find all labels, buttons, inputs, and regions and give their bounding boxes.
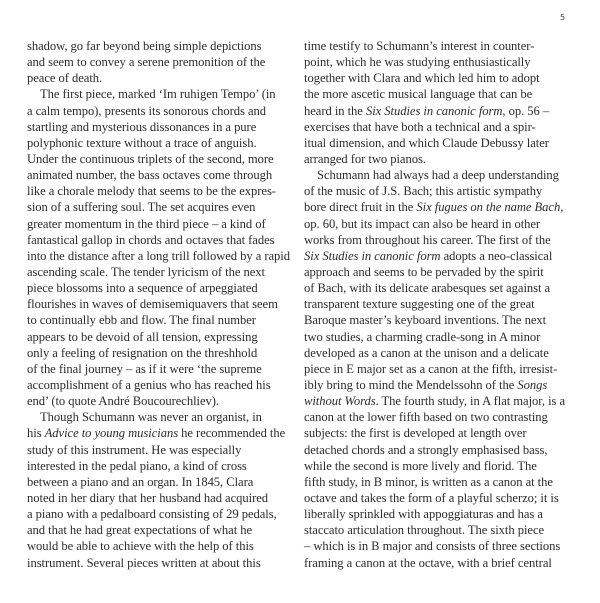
- text-line: animated number, the bass octaves come t…: [27, 167, 299, 183]
- text-line: exercises that have both a technical and…: [304, 119, 574, 135]
- text-line: shadow, go far beyond being simple depic…: [27, 38, 299, 54]
- text-line: Baroque master’s keyboard inventions. Th…: [304, 312, 574, 328]
- text-line: liberally sprinkled with appoggiaturas a…: [304, 506, 574, 522]
- text-line: flourishes in waves of demisemiquavers t…: [27, 296, 299, 312]
- text-line: transparent texture suggesting one of th…: [304, 296, 574, 312]
- text-line: polyphonic texture without a trace of an…: [27, 135, 299, 151]
- text-line: Six Studies in canonic form adopts a neo…: [304, 248, 574, 264]
- text-segment: ,: [560, 200, 563, 214]
- text-line: greater momentum in the third piece – a …: [27, 216, 299, 232]
- text-line: piece blossoms into a sequence of arpegg…: [27, 280, 299, 296]
- text-line: accomplishment of a genius who has reach…: [27, 377, 299, 393]
- text-line: staccato articulation throughout. The si…: [304, 522, 574, 538]
- text-line: two studies, a charming cradle-song in A…: [304, 329, 574, 345]
- text-line: canon at the lower fifth based on two co…: [304, 409, 574, 425]
- text-line: together with Clara and which led him to…: [304, 70, 574, 86]
- text-line: op. 60, but its impact can also be heard…: [304, 216, 574, 232]
- text-line: octave and takes the form of a playful s…: [304, 490, 574, 506]
- text-line: developed as a canon at the unison and a…: [304, 345, 574, 361]
- text-segment: his: [27, 426, 45, 440]
- text-line: would be able to achieve with the help o…: [27, 538, 299, 554]
- work-title: Six fugues on the name Bach: [416, 200, 560, 214]
- text-line: approach and seems to be pervaded by the…: [304, 264, 574, 280]
- text-line: end’ (to quote André Boucourechliev).: [27, 393, 299, 409]
- text-line: and that he had great expectations of wh…: [27, 522, 299, 538]
- page-number: 5: [560, 13, 565, 22]
- text-line: noted in her diary that her husband had …: [27, 490, 299, 506]
- text-line: point, which he was studying enthusiasti…: [304, 54, 574, 70]
- text-line: while the second is more lively and flor…: [304, 458, 574, 474]
- text-line: and seem to convey a serene premonition …: [27, 54, 299, 70]
- text-line: his Advice to young musicians he recomme…: [27, 425, 299, 441]
- left-column: shadow, go far beyond being simple depic…: [27, 38, 299, 571]
- text-line: like a chorale melody that seems to be t…: [27, 183, 299, 199]
- text-line: instrument. Several pieces written at ab…: [27, 555, 299, 571]
- text-line: without Words. The fourth study, in A fl…: [304, 393, 574, 409]
- text-line: Under the continuous triplets of the sec…: [27, 151, 299, 167]
- work-title: Advice to young musicians: [45, 426, 178, 440]
- text-line: bore direct fruit in the Six fugues on t…: [304, 199, 574, 215]
- text-line: The first piece, marked ‘Im ruhigen Temp…: [27, 86, 299, 102]
- text-segment: . The fourth study, in A flat major, is …: [376, 394, 565, 408]
- text-line: subjects: the first is developed at leng…: [304, 425, 574, 441]
- text-line: ascending scale. The tender lyricism of …: [27, 264, 299, 280]
- text-line: into the distance after a long trill fol…: [27, 248, 299, 264]
- text-line: study of this instrument. He was especia…: [27, 442, 299, 458]
- text-segment: he recommended the: [178, 426, 285, 440]
- text-line: piece in E major set as a canon at the f…: [304, 361, 574, 377]
- text-segment: , op. 56 –: [502, 104, 549, 118]
- text-line: framing a canon at the octave, with a br…: [304, 555, 574, 571]
- text-line: to continually ebb and flow. The final n…: [27, 312, 299, 328]
- work-title: Songs: [517, 378, 547, 392]
- text-line: arranged for two pianos.: [304, 151, 574, 167]
- text-line: ibly bring to mind the Mendelssohn of th…: [304, 377, 574, 393]
- text-line: appears to be devoid of all tension, exp…: [27, 329, 299, 345]
- text-line: of the final journey – as if it were ‘th…: [27, 361, 299, 377]
- text-line: works from throughout his career. The fi…: [304, 232, 574, 248]
- text-line: heard in the Six Studies in canonic form…: [304, 103, 574, 119]
- text-line: itual dimension, and which Claude Debuss…: [304, 135, 574, 151]
- text-line: sion of a suffering soul. The set acquir…: [27, 199, 299, 215]
- text-line: between a piano and an organ. In 1845, C…: [27, 474, 299, 490]
- right-column: time testify to Schumann’s interest in c…: [304, 38, 574, 571]
- text-line: Though Schumann was never an organist, i…: [27, 409, 299, 425]
- text-line: of Bach, with its delicate arabesques se…: [304, 280, 574, 296]
- text-line: fantastical gallop in chords and octaves…: [27, 232, 299, 248]
- text-line: interested in the pedal piano, a kind of…: [27, 458, 299, 474]
- text-segment: adopts a neo-classical: [440, 249, 552, 263]
- text-line: fifth study, in B minor, is written as a…: [304, 474, 574, 490]
- text-line: detached chords and a strongly emphasise…: [304, 442, 574, 458]
- text-segment: ibly bring to mind the Mendelssohn of th…: [304, 378, 517, 392]
- text-line: Schumann had always had a deep understan…: [304, 167, 574, 183]
- work-title: Six Studies in canonic form: [304, 249, 440, 263]
- text-line: – which is in B major and consists of th…: [304, 538, 574, 554]
- text-line: time testify to Schumann’s interest in c…: [304, 38, 574, 54]
- work-title: Six Studies in canonic form: [366, 104, 502, 118]
- text-line: of the music of J.S. Bach; this artistic…: [304, 183, 574, 199]
- work-title: without Words: [304, 394, 376, 408]
- text-line: a calm tempo), presents its sonorous cho…: [27, 103, 299, 119]
- text-line: the more ascetic musical language that c…: [304, 86, 574, 102]
- text-segment: bore direct fruit in the: [304, 200, 416, 214]
- text-line: startling and mysterious dissonances in …: [27, 119, 299, 135]
- text-segment: heard in the: [304, 104, 366, 118]
- text-line: a piano with a pedalboard consisting of …: [27, 506, 299, 522]
- text-line: peace of death.: [27, 70, 299, 86]
- text-line: only a feeling of resignation on the thr…: [27, 345, 299, 361]
